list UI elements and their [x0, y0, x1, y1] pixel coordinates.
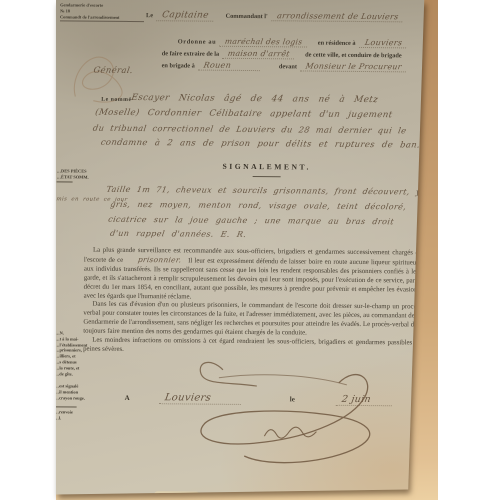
instructions-paragraph-3: Les moindres infractions ou omissions à …	[83, 337, 421, 358]
hw-signalement-4: d'un rappel d'années. E. R.	[109, 229, 247, 239]
hw-year-digit: 8	[437, 396, 444, 406]
bottom-edge-object	[154, 491, 200, 499]
margin-lower-block: …N. …t à la mai- …l'établissement …priso…	[55, 330, 102, 421]
header-line: Le Capitaine Commandant l' arrondissemen…	[146, 4, 403, 24]
instructions-text: La plus grande surveillance est recomman…	[83, 247, 422, 358]
document-photo: Gendarmerie d'escorte № 18 Commandt de l…	[0, 0, 500, 500]
margin-lower-rule	[55, 406, 77, 407]
hw-subject-1: Escayer Nicolas âgé de 44 ans né à Metz	[130, 93, 378, 105]
hw-date: 2 juin	[336, 394, 394, 406]
margin-lower-line: …l.	[55, 415, 101, 421]
paper-shadow: Gendarmerie d'escorte № 18 Commandt de l…	[56, 0, 438, 500]
printed-le-nomme: Le nommé	[101, 97, 131, 103]
signalement-rule	[253, 176, 281, 177]
margin-lower-line: …crayon rouge.	[55, 395, 101, 401]
instructions-paragraph-1: La plus grande surveillance est recomman…	[84, 247, 422, 304]
margin-upper-rule	[57, 181, 73, 182]
dateline: A Louviers le 2 juin 1878.	[125, 387, 446, 408]
hw-subject-3: du tribunal correctionnel de Louviers du…	[92, 123, 407, 136]
margin-upper-line: …ÉTAT SOMM.	[57, 174, 103, 180]
printed-le: Le	[146, 12, 153, 19]
hw-rank: Capitaine	[156, 10, 214, 21]
hw-signalement-3: cicatrice sur la joue gauche ; une marqu…	[108, 215, 395, 226]
printed-devant: devant	[279, 63, 297, 70]
order-line-3: en brigade à Rouen devant Monsieur le Pr…	[162, 54, 408, 74]
margin-upper-block: …DES PIÈCES …ÉTAT SOMM.	[57, 168, 103, 182]
hw-place: Louviers	[159, 392, 243, 405]
printed-commandant: Commandant l'	[226, 13, 268, 20]
hw-subject-4: condamne à 2 ans de prison pour délits e…	[100, 137, 421, 150]
hw-general: Général.	[93, 65, 134, 75]
printed-period: .	[444, 396, 446, 405]
hw-signalement-1: Taille 1m 71, cheveux et sourcils grison…	[106, 185, 437, 197]
printed-brigade: en brigade à	[162, 62, 195, 69]
printed-a: A	[125, 394, 130, 402]
document-content: Gendarmerie d'escorte № 18 Commandt de l…	[54, 0, 440, 500]
printed-le-date: le	[290, 395, 295, 403]
corner-line: Commandt de l'arrondissement	[60, 14, 144, 23]
printed-year: 187	[427, 396, 438, 405]
hw-magistrate: Monsieur le Procureur	[300, 61, 408, 72]
corner-block: Gendarmerie d'escorte № 18 Commandt de l…	[60, 2, 144, 22]
signature-flourish	[160, 351, 401, 485]
p1-hw-word: prisonnier.	[125, 256, 187, 265]
instructions-paragraph-2: Dans les cas d'évasion d'un ou plusieurs…	[83, 301, 421, 340]
signalement-title: SIGNALEMENT.	[175, 161, 359, 172]
hw-subject-2: (Moselle) Cordonnier Célibataire appelan…	[94, 108, 393, 121]
table-surface: Gendarmerie d'escorte № 18 Commandt de l…	[56, 0, 438, 500]
hw-signalement-2: gris, nez moyen, menton rond, visage ova…	[110, 200, 407, 212]
hw-destination: Rouen	[198, 61, 262, 72]
hw-unit: arrondissement de Louviers	[271, 11, 404, 22]
aged-paper-sheet: Gendarmerie d'escorte № 18 Commandt de l…	[56, 0, 438, 500]
